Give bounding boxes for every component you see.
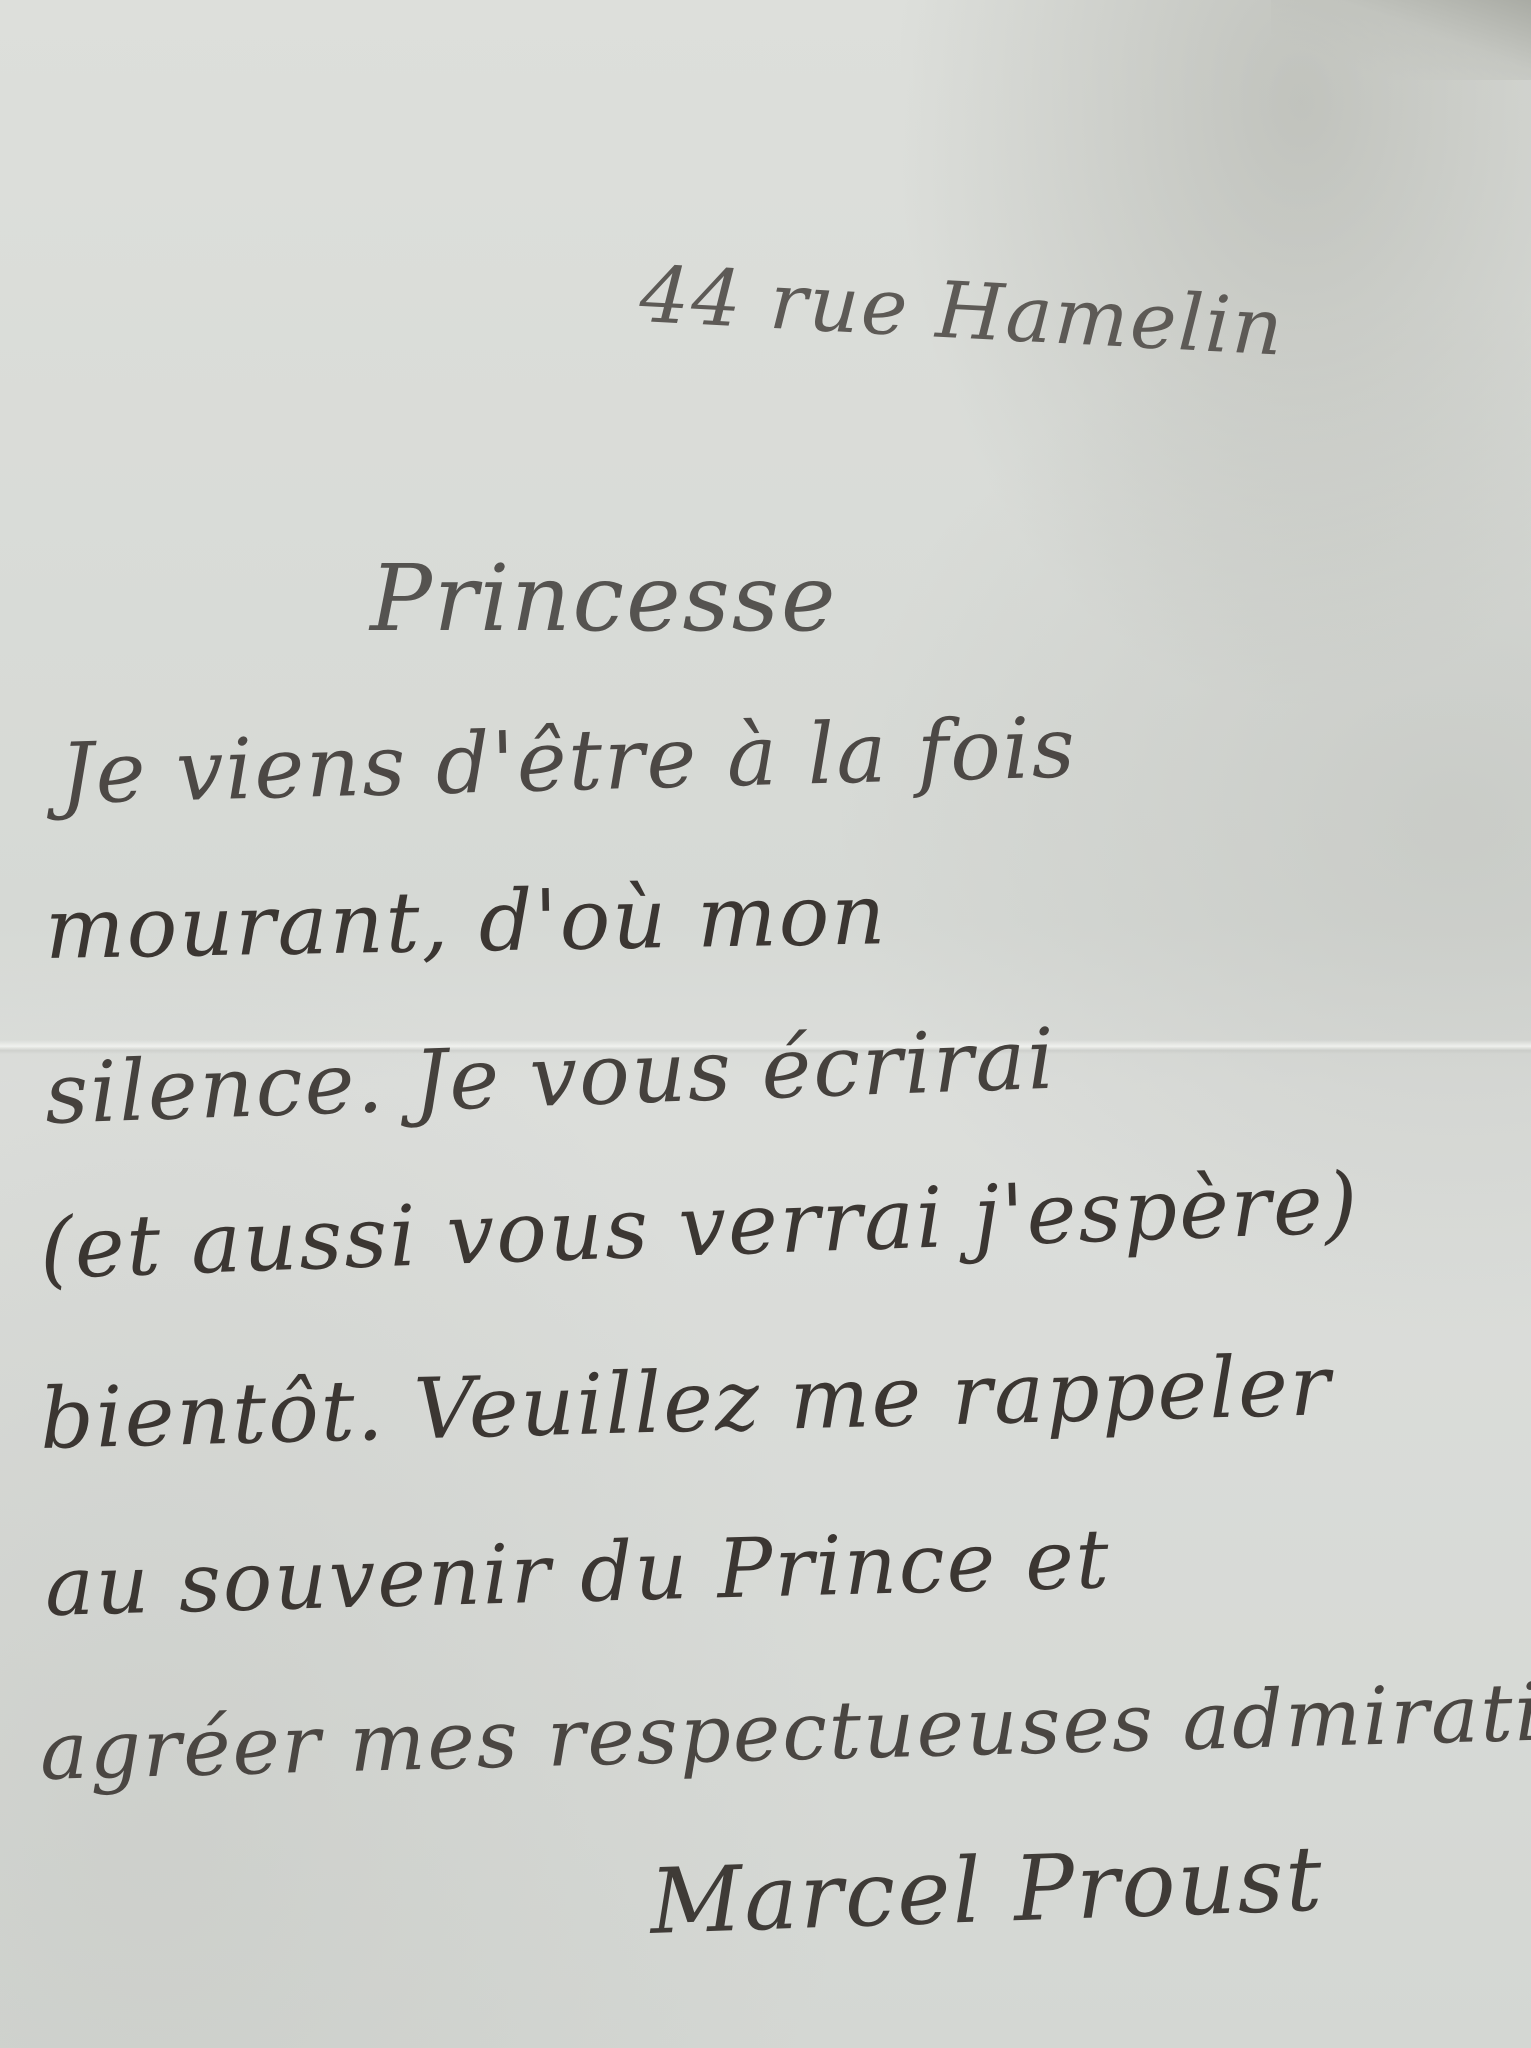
letter-paper: 44 rue Hamelin Princesse Je viens d'être… — [0, 0, 1531, 2048]
letter-line-7: agréer mes respectueuses admiration — [39, 1663, 1531, 1798]
paper-corner-shadow — [1271, 0, 1531, 80]
letter-line-4: (et aussi vous verrai j'espère) — [38, 1154, 1361, 1298]
letter-line-1: Je viens d'être à la fois — [59, 698, 1078, 823]
letter-address: 44 rue Hamelin — [638, 250, 1287, 374]
letter-signature: Marcel Proust — [648, 1827, 1325, 1955]
letter-line-2: mourant, d'où mon — [44, 865, 888, 978]
letter-line-3: silence. Je vous écrirai — [43, 1010, 1058, 1143]
letter-salutation: Princesse — [370, 545, 837, 652]
letter-line-5: bientôt. Veuillez me rappeler — [39, 1336, 1333, 1468]
letter-line-6: au souvenir du Prince et — [44, 1512, 1112, 1635]
